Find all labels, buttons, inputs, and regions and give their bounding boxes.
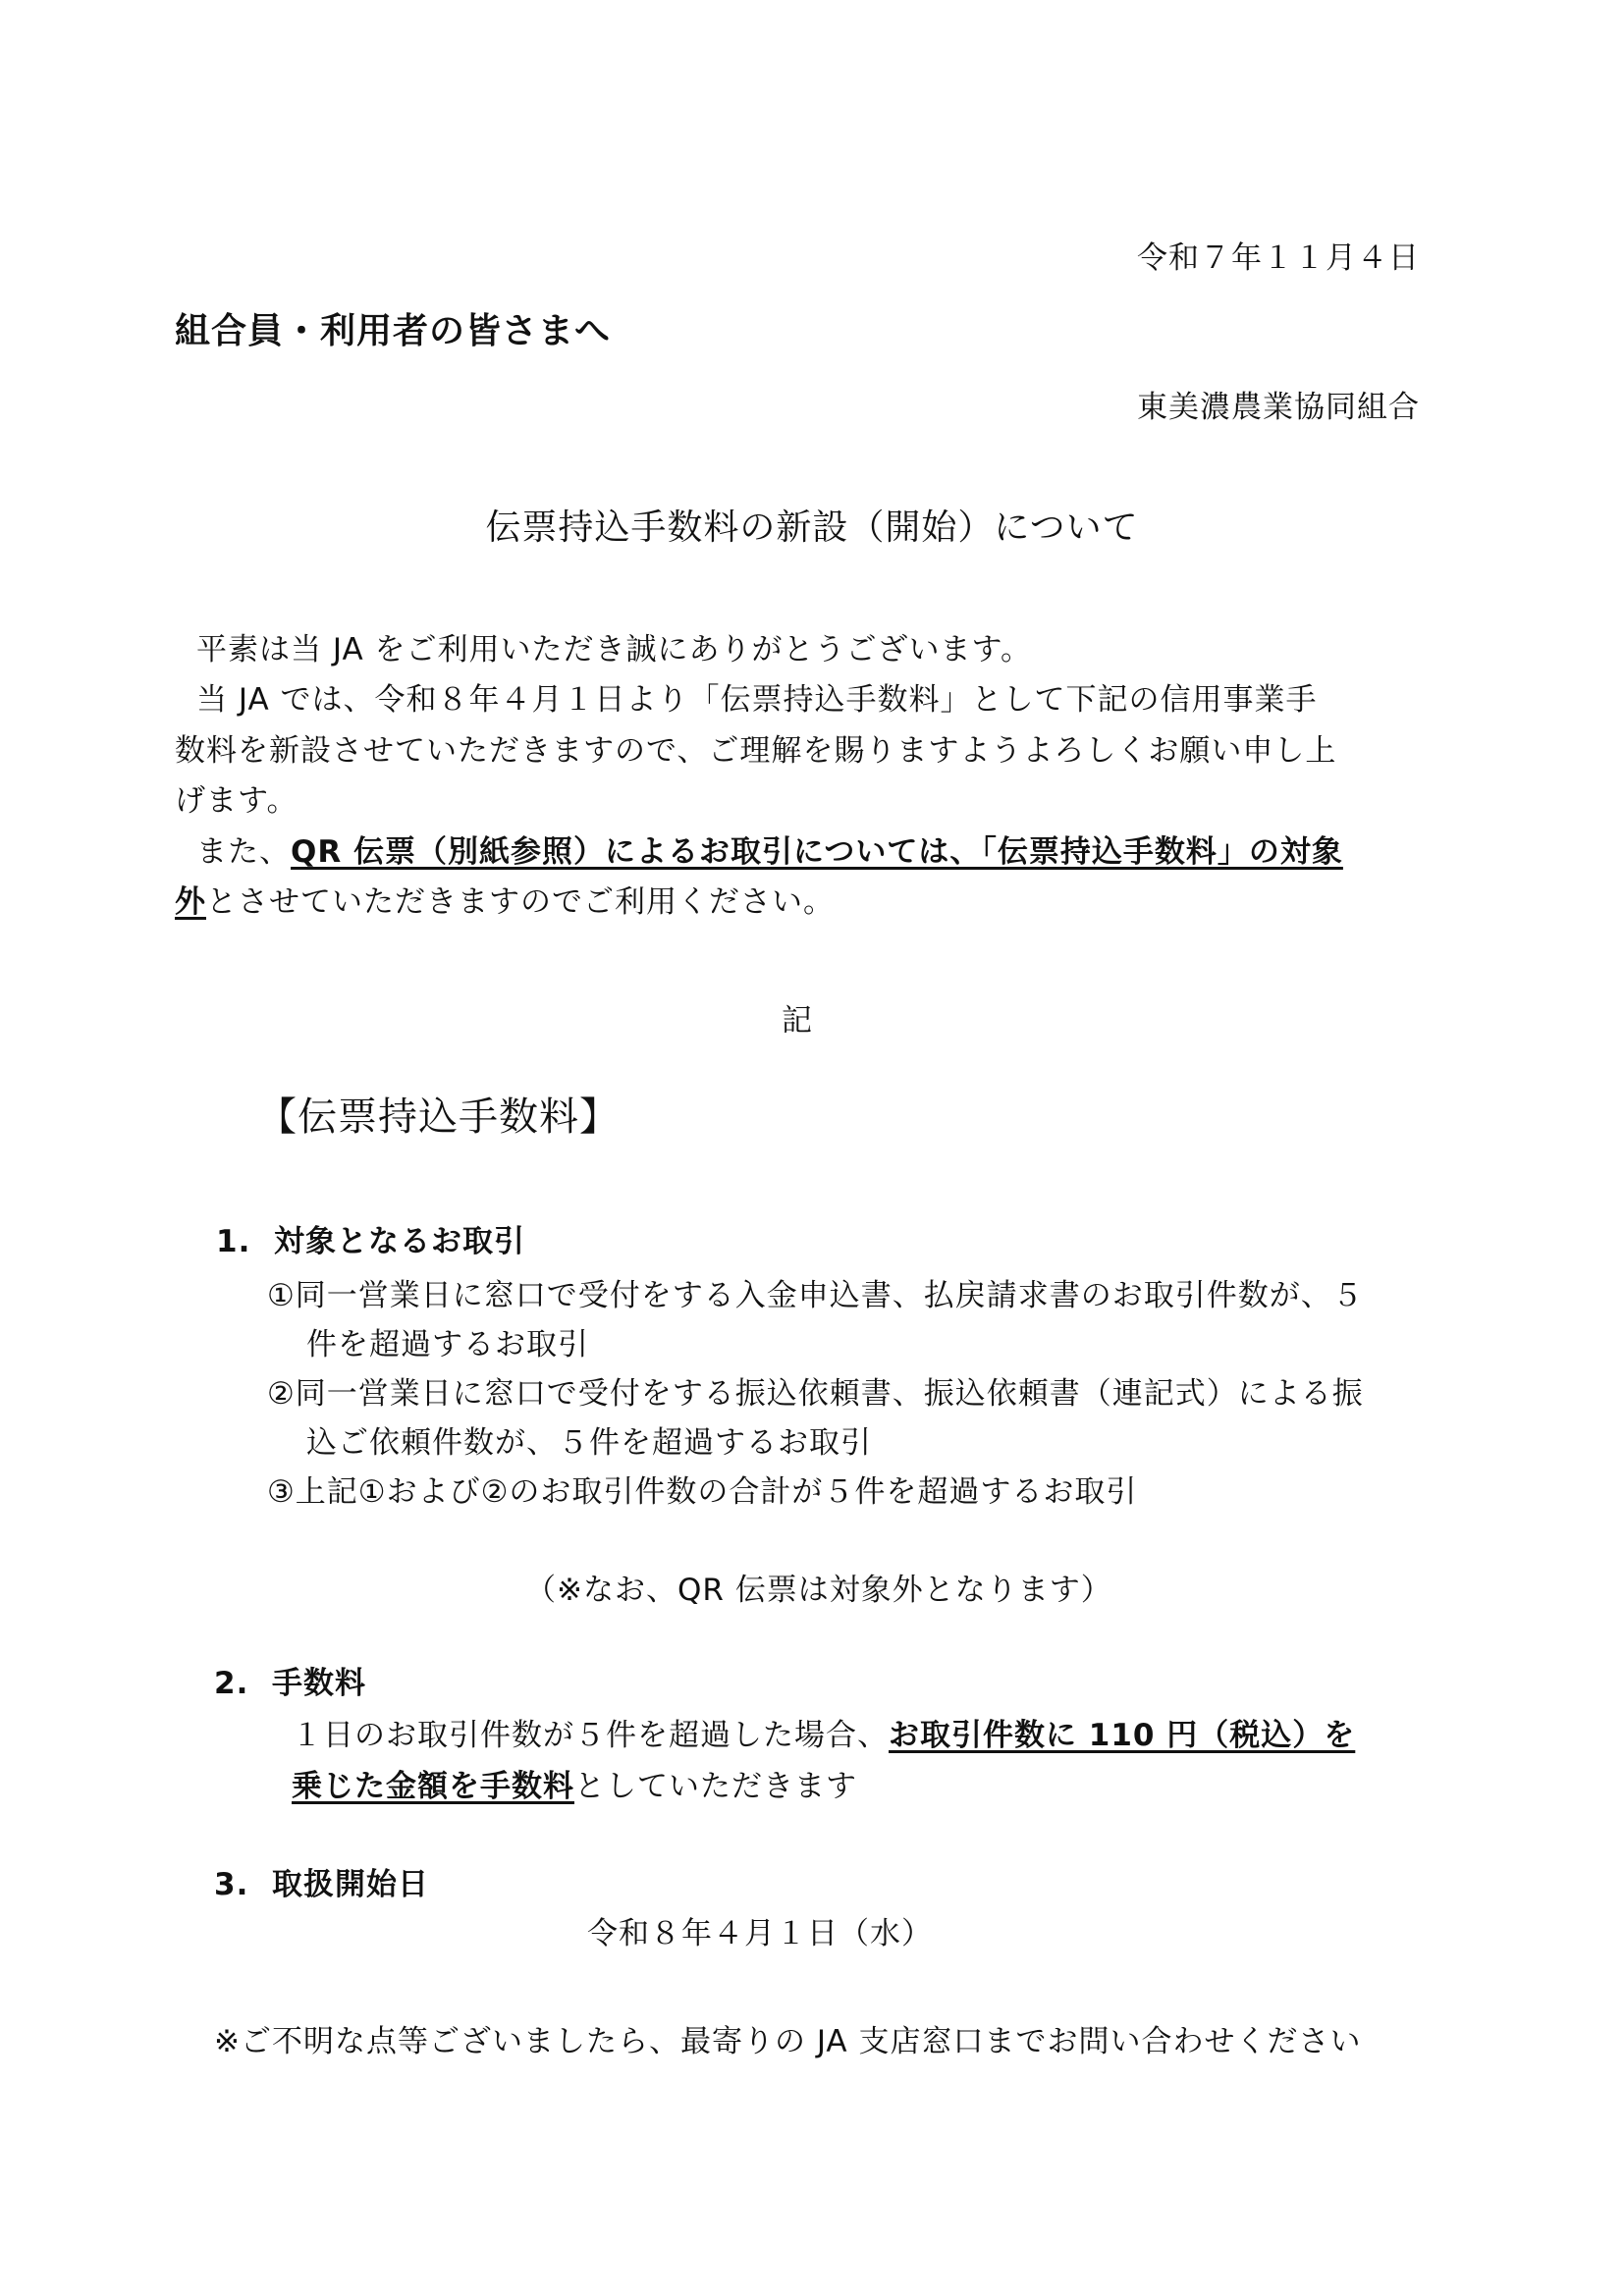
sender-organization: 東美濃農業協同組合: [1137, 388, 1420, 427]
ki-marker: 記: [0, 1001, 1595, 1041]
section-1-item-2-line-2: 込ご依頼件数が、５件を超過するお取引: [306, 1423, 872, 1463]
intro-line-6-suffix: とさせていただきますのでご利用ください。: [206, 884, 835, 920]
section-3-heading: 3. 取扱開始日: [214, 1865, 429, 1904]
fee-calculation-emphasis: 乗じた金額を手数料: [292, 1769, 574, 1804]
section-2-title: 手数料: [272, 1666, 366, 1701]
intro-line-6: 外とさせていただきますのでご利用ください。: [175, 882, 835, 922]
qr-exemption-emphasis: QR 伝票（別紙参照）によるお取引については、「伝票持込手数料」の対象: [291, 834, 1343, 870]
section-2-number: 2.: [214, 1666, 248, 1701]
footer-contact-note: ※ご不明な点等ございましたら、最寄りの JA 支店窓口までお問い合わせください: [214, 2022, 1361, 2061]
fee-body-suffix: としていただきます: [574, 1769, 857, 1804]
intro-line-2: 当 JA では、令和８年４月１日より「伝票持込手数料」として下記の信用事業手: [196, 680, 1318, 720]
section-1-item-2-line-1: ②同一営業日に窓口で受付をする振込依頼書、振込依頼書（連記式）による振: [267, 1374, 1364, 1414]
start-date: 令和８年４月１日（水）: [587, 1914, 933, 1953]
intro-line-3: 数料を新設させていただきますので、ご理解を賜りますようよろしくお願い申し上: [175, 731, 1336, 771]
intro-line-5: また、QR 伝票（別紙参照）によるお取引については、「伝票持込手数料」の対象: [196, 832, 1343, 872]
section-header: 【伝票持込手数料】: [257, 1097, 620, 1137]
document-date: 令和７年１１月４日: [1137, 239, 1420, 278]
section-3-title: 取扱開始日: [272, 1867, 429, 1902]
intro-line-4: げます。: [175, 781, 298, 821]
section-1-note: （※なお、QR 伝票は対象外となります）: [525, 1571, 1112, 1610]
section-1-item-1-line-2: 件を超過するお取引: [306, 1325, 589, 1364]
section-1-title: 対象となるお取引: [274, 1224, 525, 1259]
section-1-heading: 1. 対象となるお取引: [216, 1222, 525, 1261]
section-1-item-3-line-1: ③上記①および②のお取引件数の合計が５件を超過するお取引: [267, 1472, 1137, 1512]
intro-line-1: 平素は当 JA をご利用いただき誠にありがとうございます。: [196, 630, 1032, 669]
fee-amount-emphasis: お取引件数に 110 円（税込）を: [889, 1718, 1355, 1753]
section-2-body-line-2: 乗じた金額を手数料としていただきます: [292, 1767, 857, 1806]
qr-exemption-emphasis-end: 外: [175, 884, 206, 920]
document-title: 伝票持込手数料の新設（開始）について: [0, 508, 1624, 548]
section-2-body-line-1: １日のお取引件数が５件を超過した場合、お取引件数に 110 円（税込）を: [292, 1716, 1355, 1755]
section-3-number: 3.: [214, 1867, 248, 1902]
section-1-item-1-line-1: ①同一営業日に窓口で受付をする入金申込書、払戻請求書のお取引件数が、５: [267, 1276, 1364, 1315]
section-2-heading: 2. 手数料: [214, 1664, 366, 1703]
recipient-heading: 組合員・利用者の皆さまへ: [175, 312, 611, 351]
fee-body-prefix: １日のお取引件数が５件を超過した場合、: [292, 1718, 889, 1753]
intro-line-5-prefix: また、: [196, 834, 291, 870]
section-1-number: 1.: [216, 1224, 250, 1259]
